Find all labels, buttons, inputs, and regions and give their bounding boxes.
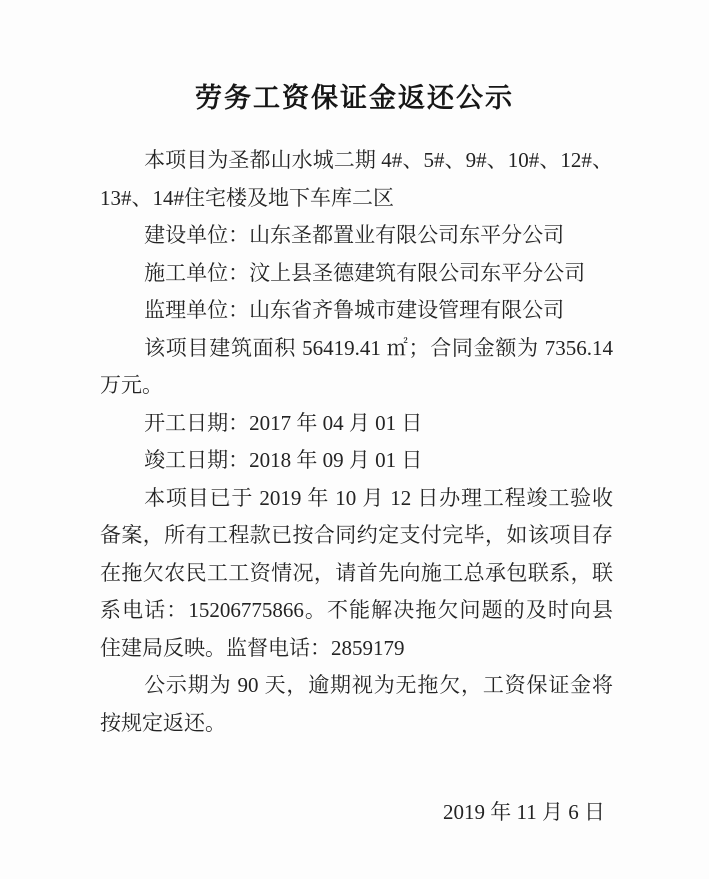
paragraph: 开工日期：2017 年 04 月 01 日 <box>100 405 613 443</box>
document-title: 劳务工资保证金返还公示 <box>0 0 709 115</box>
paragraph: 竣工日期：2018 年 09 月 01 日 <box>100 442 613 480</box>
document-date: 2019 年 11 月 6 日 <box>443 796 605 826</box>
paragraph: 本项目已于 2019 年 10 月 12 日办理工程竣工验收备案，所有工程款已按… <box>100 480 613 668</box>
paragraph: 施工单位：汶上县圣德建筑有限公司东平分公司 <box>100 255 613 293</box>
paragraph: 建设单位：山东圣都置业有限公司东平分公司 <box>100 217 613 255</box>
paragraph: 公示期为 90 天，逾期视为无拖欠，工资保证金将按规定返还。 <box>100 667 613 742</box>
paragraph: 该项目建筑面积 56419.41 ㎡；合同金额为 7356.14 万元。 <box>100 330 613 405</box>
document-body: 本项目为圣都山水城二期 4#、5#、9#、10#、12#、13#、14#住宅楼及… <box>100 142 613 742</box>
paragraph: 本项目为圣都山水城二期 4#、5#、9#、10#、12#、13#、14#住宅楼及… <box>100 142 613 217</box>
notice-document: 劳务工资保证金返还公示 本项目为圣都山水城二期 4#、5#、9#、10#、12#… <box>0 0 709 879</box>
paragraph: 监理单位：山东省齐鲁城市建设管理有限公司 <box>100 292 613 330</box>
